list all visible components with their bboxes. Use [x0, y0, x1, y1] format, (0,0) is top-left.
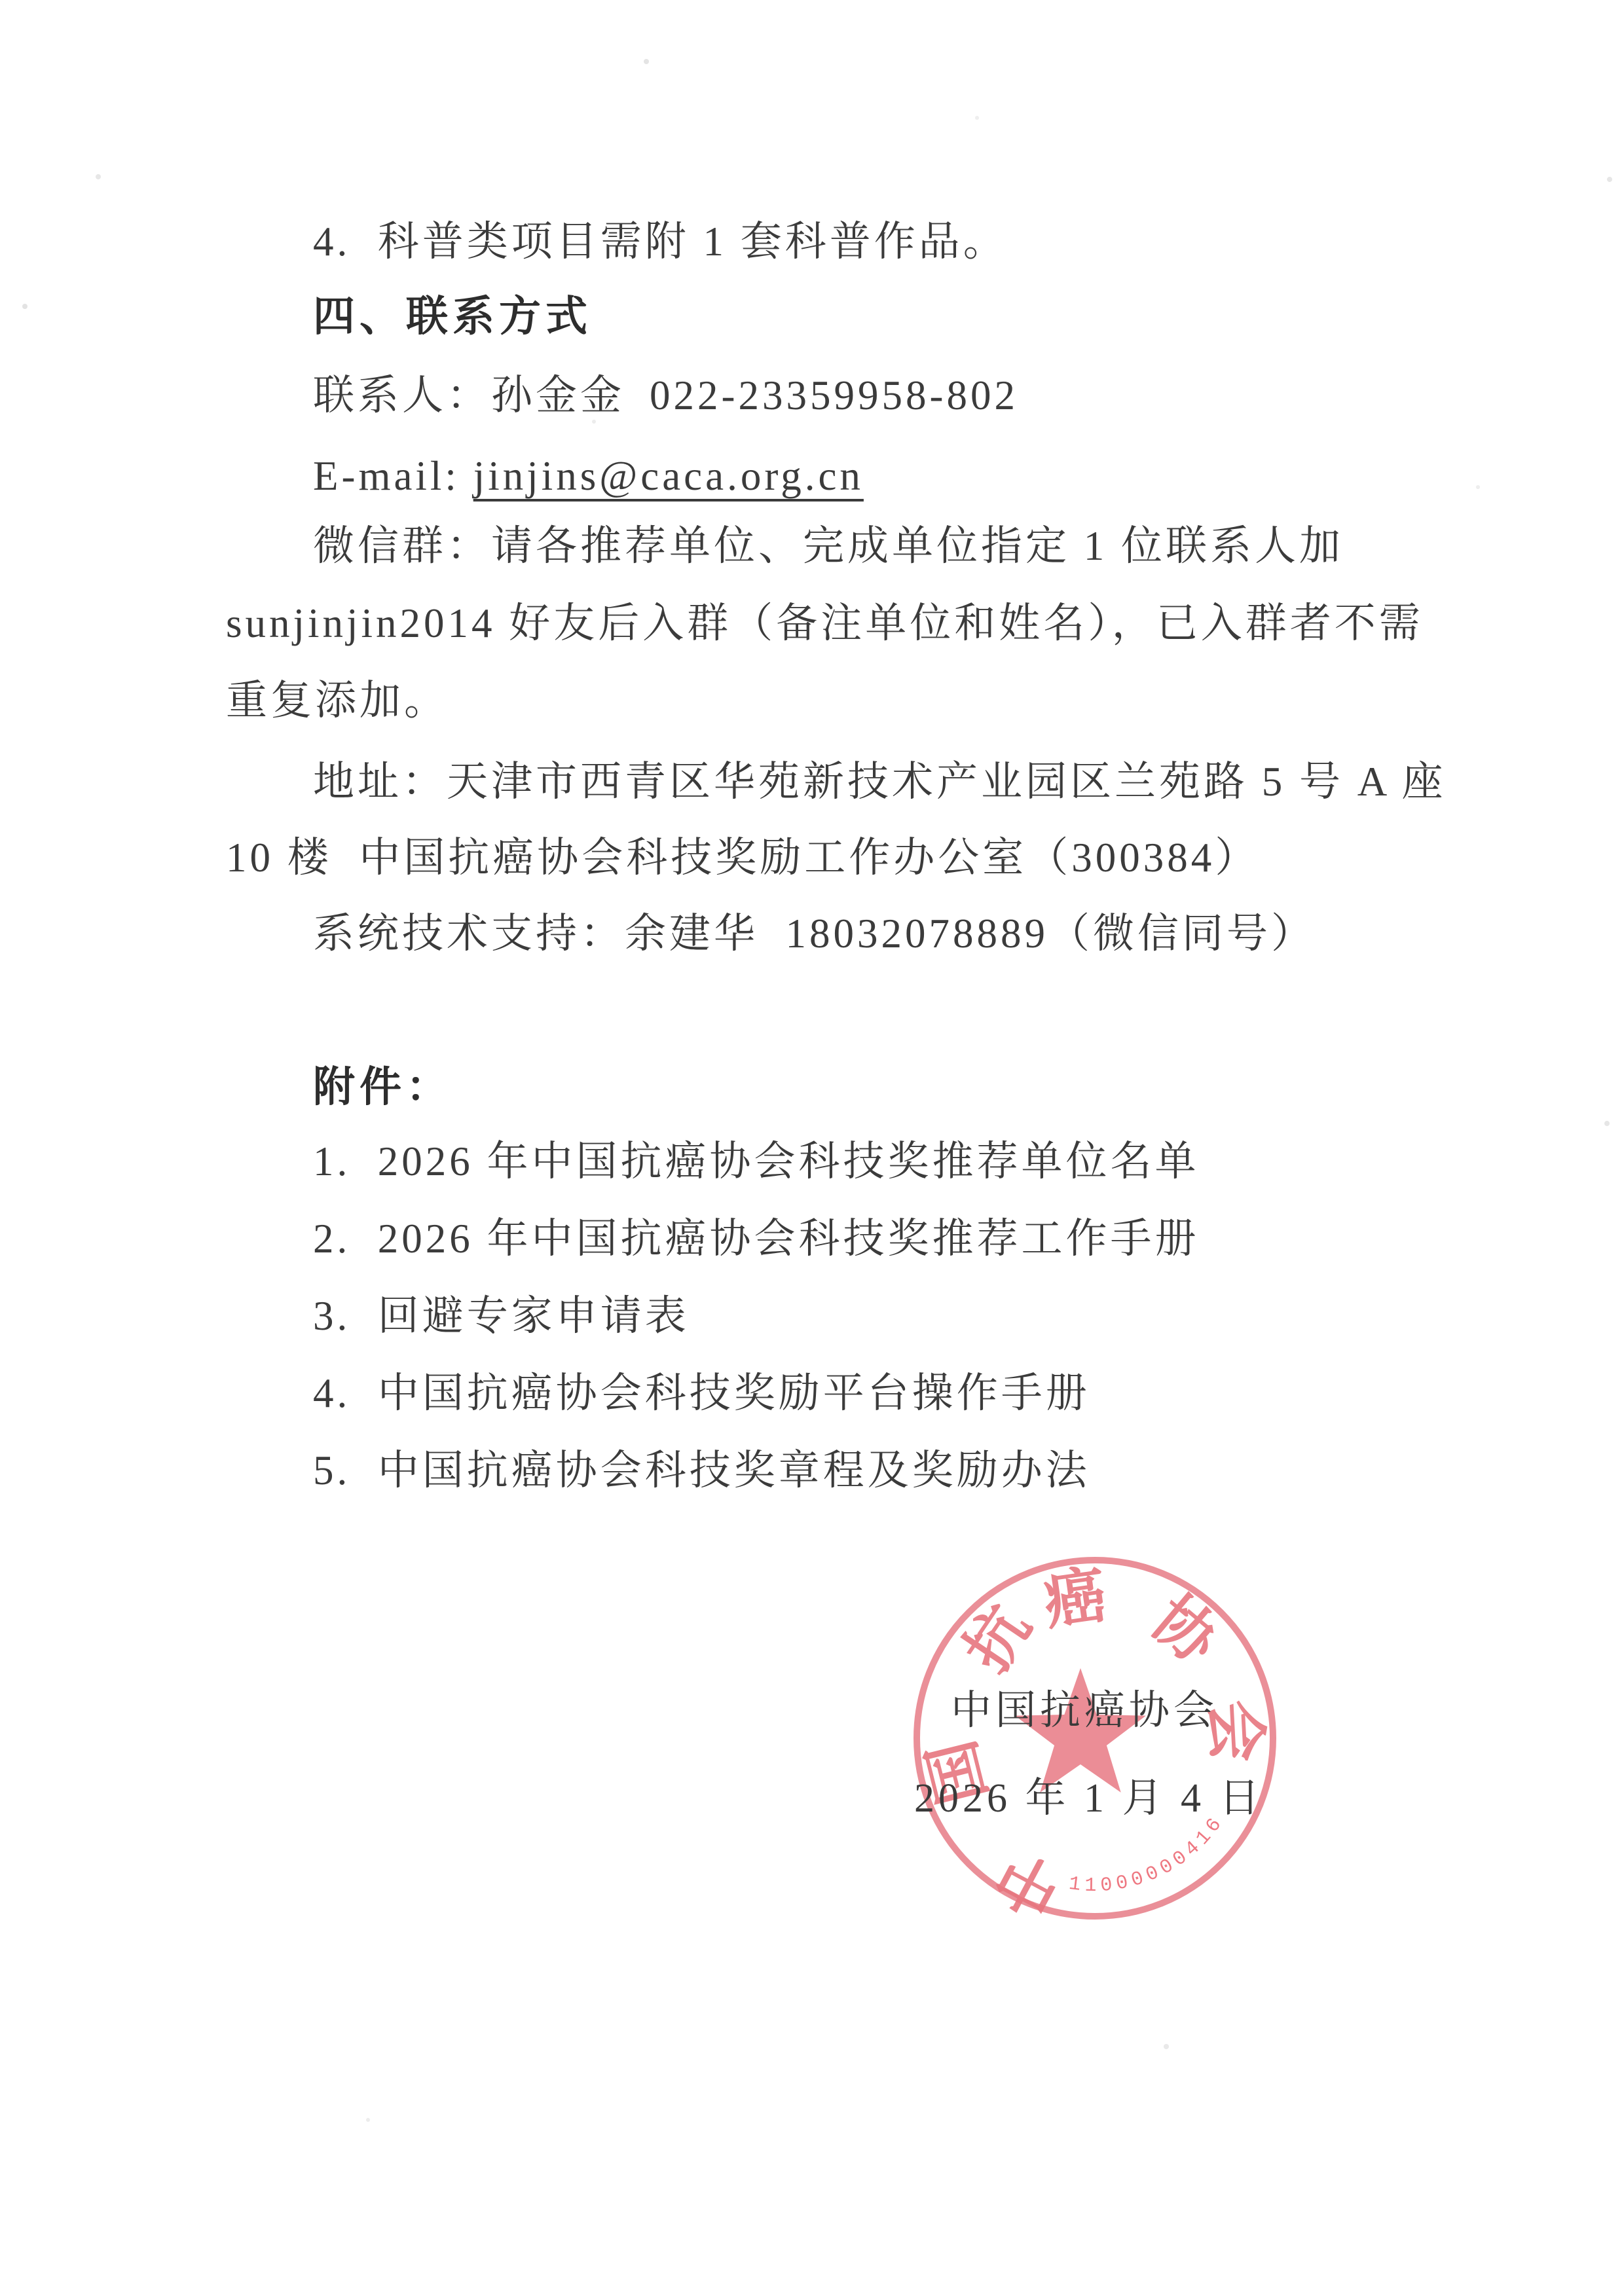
document-page: 4. 科普类项目需附 1 套科普作品。 四、联系方式 联系人：孙金金022-23…	[0, 0, 1624, 2296]
email-line: E-mail: jinjins@caca.org.cn	[313, 454, 864, 499]
wechat-line-3: 重复添加。	[226, 678, 449, 723]
attachments-heading: 附件：	[313, 1064, 452, 1110]
attachment-item-1: 1. 2026 年中国抗癌协会科技奖推荐单位名单	[313, 1139, 1200, 1184]
signature-org-name: 中国抗癌协会	[951, 1677, 1218, 1736]
official-seal: 中 国 抗 癌 协 会 11000000416	[885, 1529, 1304, 1948]
email-address-link[interactable]: jinjins@caca.org.cn	[473, 453, 864, 499]
email-label: E-mail:	[313, 453, 473, 499]
seal-ring-char-5: 协	[1139, 1584, 1233, 1678]
tech-support-line: 系统技术支持：余建华 18032078889（微信同号）	[313, 911, 1316, 957]
attachment-item-3: 3. 回避专家申请表	[313, 1294, 690, 1339]
scan-speckles	[0, 0, 3, 3]
address-line-1: 地址：天津市西青区华苑新技术产业园区兰苑路 5 号 A 座	[313, 759, 1447, 805]
attachment-item-2: 2. 2026 年中国抗癌协会科技奖推荐工作手册	[313, 1216, 1200, 1262]
seal-serial-number: 11000000416	[1067, 1811, 1229, 1897]
seal-ring-char-3: 抗	[951, 1594, 1044, 1684]
attachment-item-4: 4. 中国抗癌协会科技奖励平台操作手册	[313, 1371, 1090, 1416]
contact-phone: 022-23359958-802	[650, 373, 1018, 418]
attachment-item-5: 5. 中国抗癌协会科技奖章程及奖励办法	[313, 1448, 1090, 1493]
signature-date: 2026 年 1 月 4 日	[914, 1765, 1264, 1823]
wechat-line-1: 微信群：请各推荐单位、完成单位指定 1 位联系人加	[313, 524, 1344, 569]
contact-person-label: 联系人：孙金金	[313, 373, 625, 418]
wechat-line-2: sunjinjin2014 好友后入群（备注单位和姓名），已入群者不需	[226, 601, 1424, 646]
address-line-2: 10 楼 中国抗癌协会科技奖励工作办公室（300384）	[226, 835, 1259, 881]
seal-ring-char-4: 癌	[1040, 1560, 1111, 1637]
list-item-science-popularization: 4. 科普类项目需附 1 套科普作品。	[313, 219, 1008, 264]
contact-line: 联系人：孙金金022-23359958-802	[313, 373, 1018, 418]
section-heading-contact: 四、联系方式	[313, 293, 592, 339]
